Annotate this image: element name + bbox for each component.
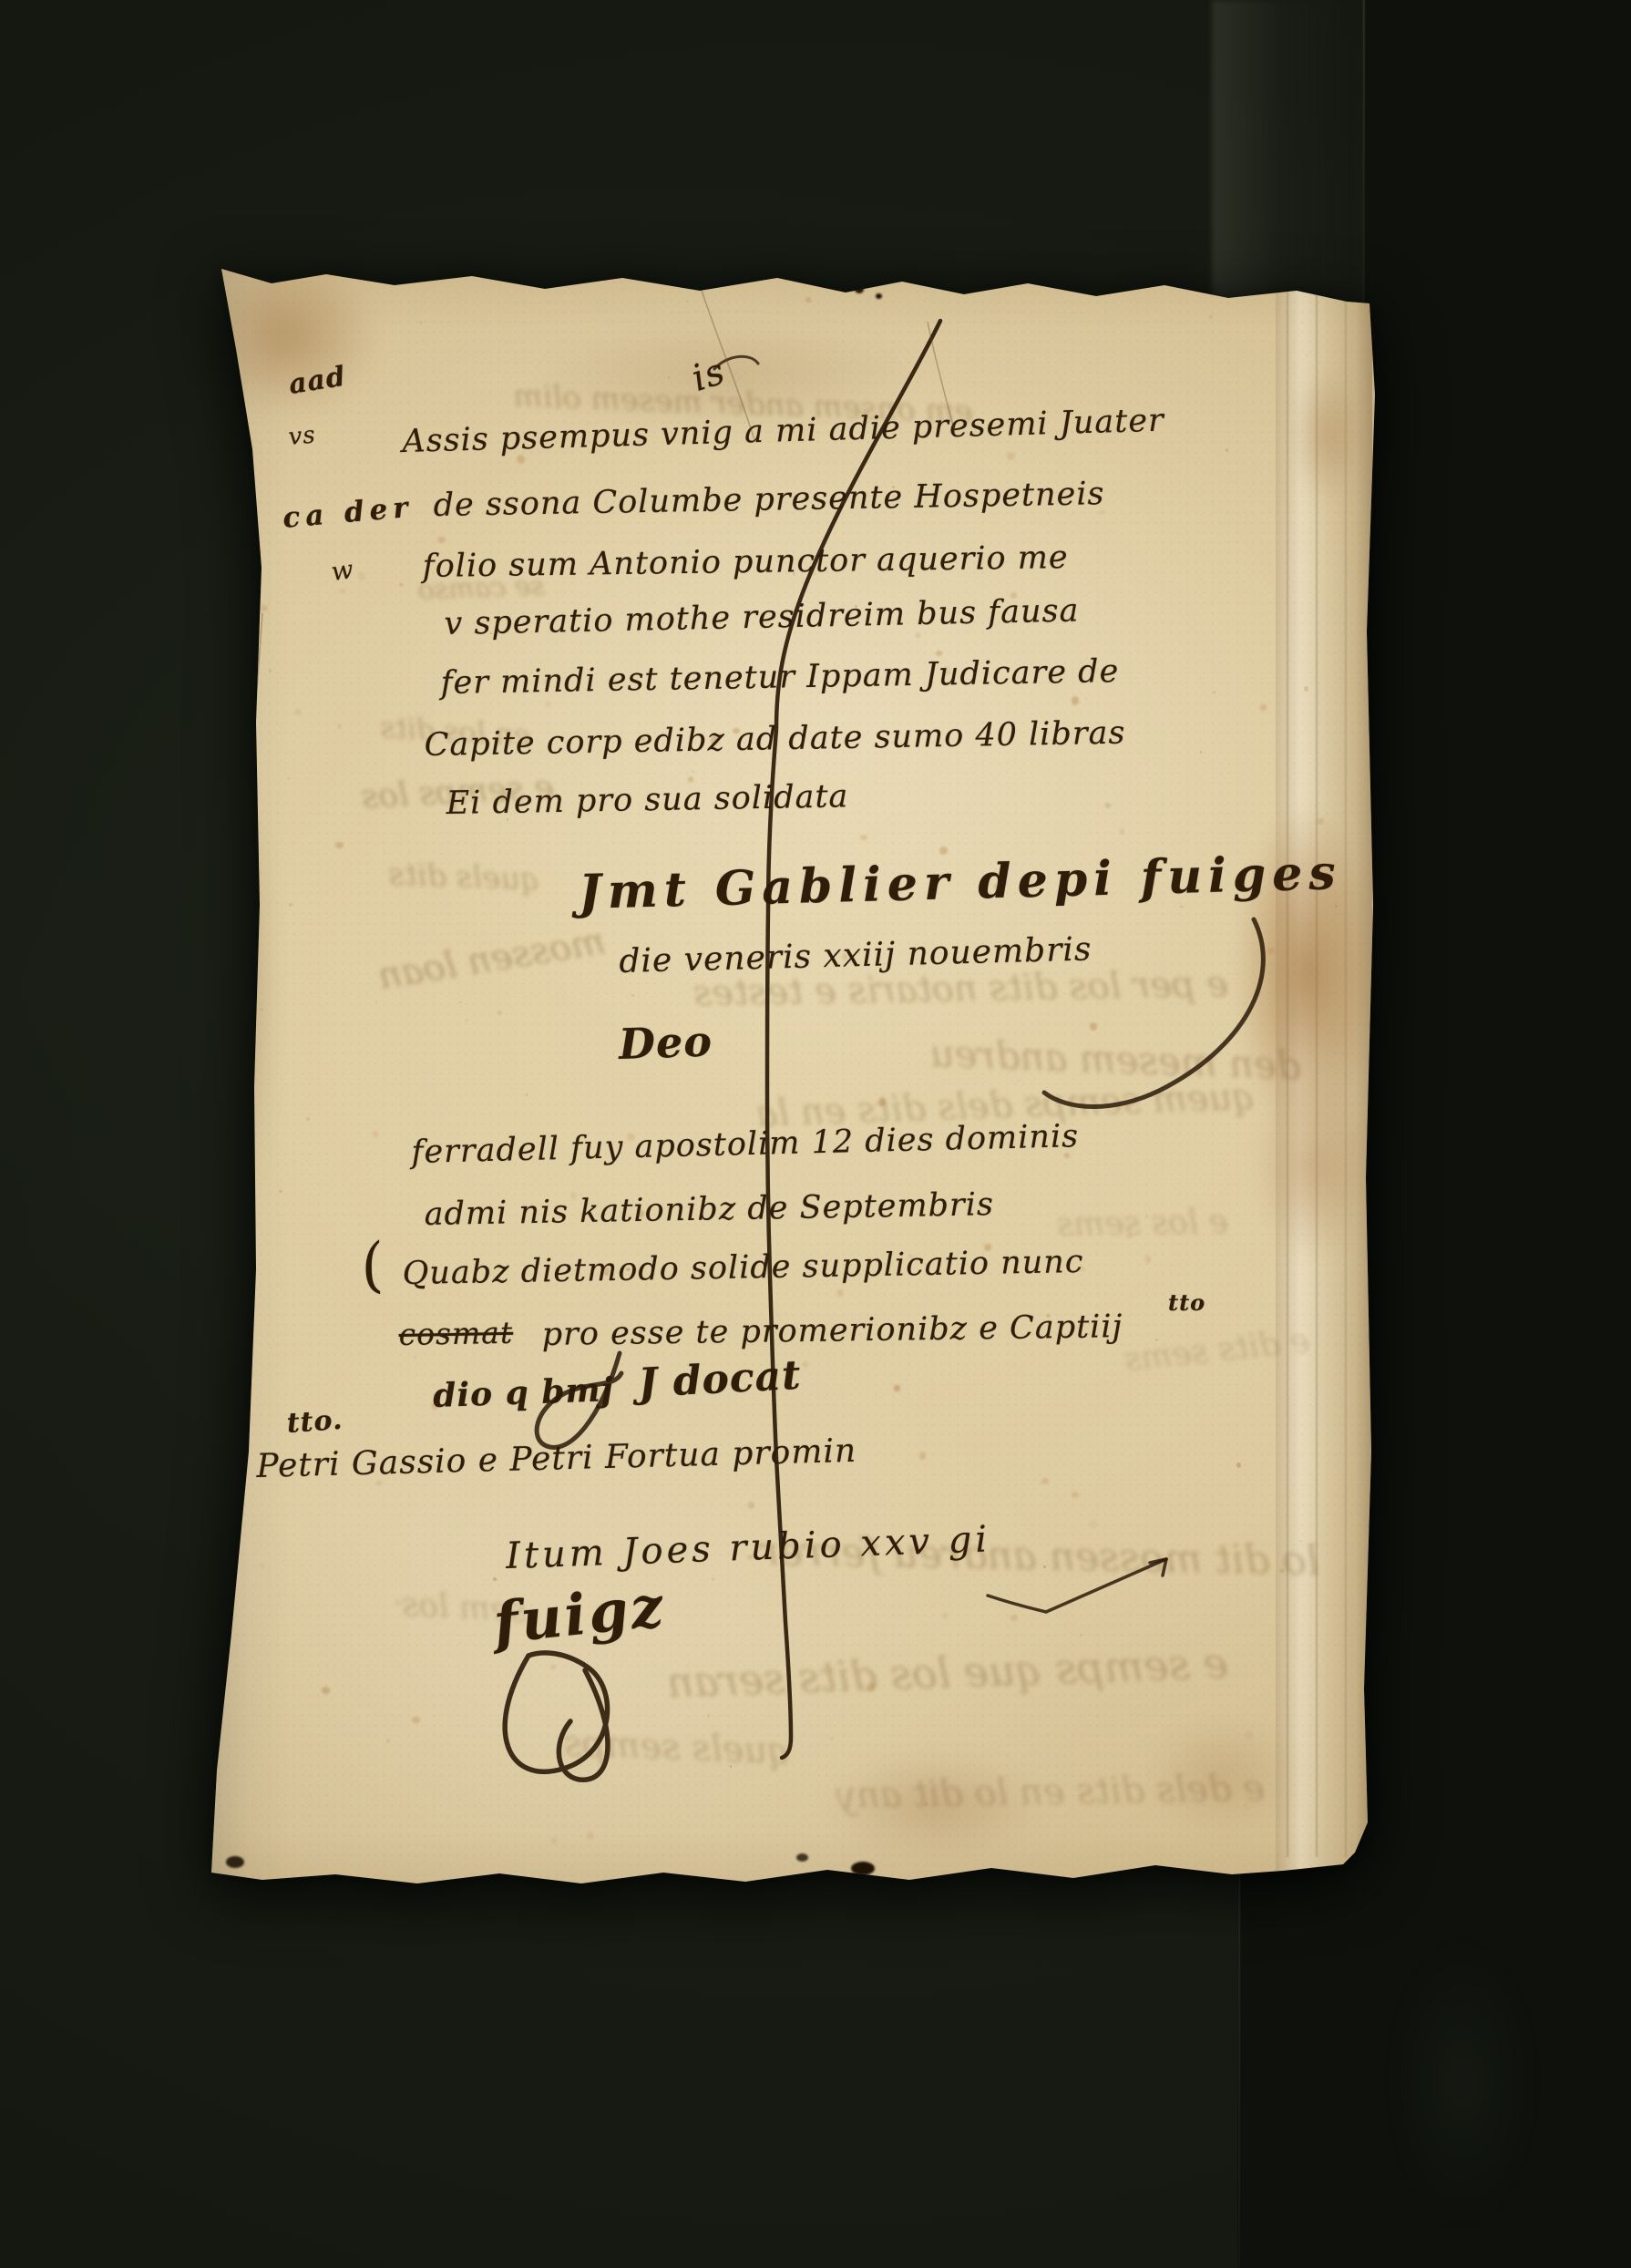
fox-spot (545, 700, 551, 708)
superscript-note: tto (1168, 1289, 1205, 1316)
fox-spot (1171, 1567, 1175, 1570)
fox-spot (837, 1289, 843, 1296)
fox-spot (543, 679, 550, 684)
fox-spot (551, 1837, 558, 1844)
fox-spot (943, 1613, 948, 1618)
fox-spot (252, 1050, 254, 1052)
bleedthrough-line: e los sems (773, 1204, 1229, 1249)
fox-spot (809, 569, 815, 576)
manuscript-line: admi nis kationibz de Septembris (424, 1186, 994, 1233)
fox-spot (306, 1117, 310, 1121)
fox-spot (507, 818, 509, 821)
photograph-of-manuscript: { "document": { "kind": "early-modern no… (0, 0, 1631, 2268)
fox-spot (1299, 1540, 1302, 1543)
crease-line (1345, 267, 1347, 1857)
manuscript-page: em onsem ander mesem olimse camsoen los … (208, 267, 1380, 1886)
fox-spot (1209, 314, 1213, 320)
fox-spot (500, 796, 506, 803)
fox-spot (711, 735, 719, 745)
manuscript-line: de ssona Columbe presente Hospetneis (433, 476, 1104, 524)
fox-spot (925, 1802, 928, 1806)
bleedthrough-line: den mesem andreu (754, 1025, 1301, 1089)
fox-spot (984, 1244, 991, 1252)
fox-spot (748, 1502, 754, 1509)
margin-note: ca der (282, 491, 415, 535)
folio-mark: is (687, 350, 731, 400)
fox-spot (1180, 906, 1184, 908)
stain (827, 1752, 1046, 1862)
cancellation-stroke (767, 321, 940, 1758)
heading-line: Jmt Gablier depi fuiges (578, 845, 1342, 920)
paper-crease-hairline (928, 322, 955, 433)
stain (1236, 805, 1380, 1142)
fox-spot (1200, 751, 1203, 754)
fox-spot (260, 1008, 262, 1011)
bleedthrough-line: e semps que los dits seran (553, 1638, 1228, 1711)
fox-spot (1318, 818, 1324, 825)
fox-spot (894, 1385, 900, 1392)
backdrop-haze (1385, 1932, 1540, 2232)
bleedthrough-line: quem semps dels dits en la (508, 1076, 1256, 1144)
fox-spot (339, 589, 346, 594)
fox-spot (261, 605, 268, 612)
fox-spot (1090, 1022, 1097, 1031)
stain (1256, 1069, 1370, 1260)
fox-spot (399, 583, 403, 587)
paper-sheet: em onsem ander mesem olimse camsoen los … (208, 267, 1380, 1886)
fox-spot (1244, 1803, 1248, 1810)
fox-spot (1041, 1478, 1049, 1484)
fox-spot (1080, 1634, 1082, 1637)
fox-spot (478, 946, 481, 948)
fox-spot (994, 883, 1000, 890)
fox-spot (1145, 1216, 1148, 1218)
fox-spot (1155, 1339, 1158, 1340)
bleedthrough-line: mossen loan (313, 920, 608, 1007)
fox-spot (939, 847, 948, 855)
fox-spot (916, 633, 920, 637)
fox-spot (1304, 686, 1308, 692)
fox-spot (337, 724, 342, 729)
fox-spot (269, 669, 272, 672)
bleedthrough-line: e per los dits notaris e testes (426, 963, 1229, 1019)
fox-spot (944, 666, 950, 674)
ink-dot (876, 293, 882, 299)
ink-blot (851, 1862, 875, 1875)
fox-spot (688, 776, 693, 783)
fox-spot (1090, 1520, 1097, 1529)
bleedthrough-line: quels dits (303, 853, 540, 898)
fox-spot (282, 1560, 284, 1563)
fox-spot (1072, 1492, 1079, 1499)
stain (536, 322, 918, 431)
fox-spot (842, 953, 848, 960)
fox-spot (437, 537, 446, 543)
fox-spot (878, 1098, 886, 1106)
fox-spot (466, 1019, 468, 1021)
stain (1290, 367, 1363, 504)
fox-spot (1267, 948, 1275, 955)
ink-flourish-overlay (208, 267, 1380, 1886)
fox-spot (1064, 1153, 1070, 1158)
paper-crease-hairline (700, 285, 754, 440)
fox-spot (626, 1267, 631, 1271)
fox-spot (260, 1564, 265, 1568)
fox-spot (550, 1665, 555, 1669)
margin-note: vs (287, 421, 317, 451)
manuscript-line: Assis psempus vnig a mi adie presemi Jua… (402, 403, 1164, 460)
fox-spot (587, 1832, 594, 1839)
fox-spot (637, 1210, 645, 1216)
fox-spot (244, 1292, 251, 1298)
bleedthrough-line: em onsem ander mesem olim (389, 374, 973, 430)
manuscript-line: Quabz dietmodo solide supplicatio nunc (402, 1244, 1083, 1292)
fox-spot (1100, 510, 1104, 514)
fox-spot (747, 1555, 754, 1560)
bleedthrough-line: e dels dits en lo dit any (718, 1768, 1266, 1819)
fox-spot (803, 1361, 808, 1368)
notary-signature: fuigz (490, 1573, 668, 1657)
struck-word: cosmat (398, 1315, 513, 1352)
fox-spot (419, 321, 422, 324)
fox-spot (358, 572, 365, 580)
fox-spot (1010, 1615, 1018, 1620)
margin-note: w (329, 554, 355, 587)
fox-spot (1007, 452, 1015, 460)
manuscript-line: Ei dem pro sua solidata (446, 778, 848, 822)
margin-note: aad (287, 361, 349, 401)
fox-spot (517, 455, 524, 464)
fox-spot (1246, 1730, 1254, 1739)
fox-spot (1046, 1314, 1051, 1318)
fox-spot (1335, 905, 1337, 908)
heading-descender-flourish (1044, 919, 1263, 1107)
bleedthrough-line: en los dits (293, 705, 532, 753)
fox-spot (707, 1714, 710, 1718)
fox-spot (239, 1497, 244, 1502)
item-line: Itum Joes rubio xxv gi (505, 1518, 990, 1577)
fox-spot (376, 1481, 382, 1484)
fox-spot (246, 803, 251, 807)
invocation-word: Deo (618, 1016, 713, 1069)
fox-spot (631, 994, 634, 998)
bleedthrough-line: sem los (289, 1580, 528, 1630)
fox-spot (922, 564, 926, 568)
fox-spot (1105, 803, 1111, 809)
crease-line (1316, 267, 1318, 1857)
backing-board-seam-bottom (1238, 1868, 1240, 2268)
paper-crease-hairline (244, 613, 262, 905)
ink-blot (796, 1853, 808, 1862)
bleedthrough-line: e dits sems (963, 1322, 1311, 1395)
fox-spot (730, 1765, 732, 1768)
fox-spot (1145, 1256, 1151, 1263)
manuscript-line: Capite corp edibz ad date sumo 40 libras (424, 715, 1125, 764)
fox-spot (1010, 592, 1017, 599)
fox-spot (1072, 696, 1079, 705)
witness-line: Petri Gassio e Petri Fortua promin (256, 1432, 857, 1485)
fox-spot (1126, 1234, 1132, 1238)
bleedthrough-line: lo dit mossen andreu ferrer (590, 1525, 1320, 1585)
fox-spot (692, 770, 693, 772)
fox-spot (627, 1134, 635, 1142)
manuscript-line: pro esse te promerionibz e Captiij (541, 1308, 1123, 1353)
fox-spot (860, 835, 867, 840)
fox-spot (289, 903, 293, 906)
fox-spot (1084, 1386, 1086, 1388)
ink-dot (855, 285, 864, 293)
manuscript-line: v speratio mothe residreim bus fausa (444, 592, 1080, 642)
fox-spot (1079, 1267, 1083, 1271)
stain (190, 254, 381, 418)
margin-note: tto. (286, 1404, 344, 1440)
date-line: die veneris xxiij nouembris (619, 930, 1092, 980)
fox-spot (892, 486, 895, 488)
item-swash (988, 1559, 1166, 1612)
fox-spot (373, 1131, 378, 1137)
fox-spot (526, 1093, 528, 1095)
bleedthrough-line: quels semps (353, 1716, 791, 1773)
fox-spot (395, 1600, 401, 1606)
fox-spot (1306, 354, 1308, 356)
fox-spot (1279, 1569, 1285, 1574)
fox-spot (295, 709, 301, 714)
fox-spot (1017, 1080, 1019, 1082)
fox-spot (1085, 698, 1087, 700)
fox-spot (490, 632, 493, 634)
fox-spot (270, 1348, 272, 1350)
fold-crease-band (1276, 267, 1372, 1871)
fox-spot (805, 297, 811, 303)
fox-spot (712, 1577, 714, 1581)
fox-spot (919, 1452, 926, 1460)
fox-spot (793, 572, 795, 576)
stain (1146, 1718, 1301, 1836)
fox-spot (493, 1577, 497, 1581)
crease-line (1287, 267, 1288, 1857)
flourish-initial: ( (354, 1231, 392, 1302)
fox-spot (733, 728, 740, 734)
fox-spot (412, 1717, 419, 1723)
fox-spot (908, 1255, 914, 1260)
fox-spot (414, 1356, 416, 1358)
fox-spot (375, 1001, 377, 1003)
fox-spot (1043, 1565, 1045, 1568)
fox-spot (640, 735, 646, 742)
fox-spot (1119, 828, 1124, 835)
bleedthrough-line: e semps los (298, 769, 555, 820)
fox-spot (830, 1737, 834, 1740)
swash-arrowhead (1150, 1559, 1166, 1575)
fox-spot (287, 777, 291, 781)
folio-mark-curl (714, 356, 758, 369)
fox-spot (570, 1192, 577, 1200)
stain (210, 777, 273, 1206)
fox-spot (1213, 691, 1215, 693)
fox-spot (936, 651, 942, 656)
fox-spot (686, 301, 688, 303)
manuscript-line: ferradell fuy apostolim 12 dies dominis (411, 1118, 1080, 1171)
fox-spot (498, 1011, 502, 1014)
fox-spot (322, 1687, 330, 1693)
fox-spot (1236, 1462, 1241, 1468)
fox-spot (668, 376, 671, 379)
manuscript-line: dio q bmj (433, 1370, 615, 1415)
fox-spot (459, 1001, 462, 1003)
fox-spot (855, 605, 857, 609)
flourish-word: J docat (637, 1352, 802, 1407)
bleedthrough-line: se camso (271, 570, 545, 611)
fox-spot (335, 842, 344, 849)
ink-blot (226, 1856, 244, 1868)
fox-spot (603, 1267, 610, 1276)
signature-loop-flourish (505, 1653, 608, 1780)
fox-spot (867, 1682, 875, 1690)
fox-spot (1260, 704, 1267, 711)
fox-spot (431, 1402, 438, 1410)
fox-spot (386, 1739, 389, 1742)
manuscript-line: folio sum Antonio punctor aquerio me (422, 539, 1068, 585)
fox-spot (997, 1100, 1000, 1102)
docat-loop-flourish (537, 1353, 621, 1447)
fox-spot (920, 960, 926, 967)
fox-spot (279, 1190, 282, 1193)
fox-spot (1226, 448, 1228, 451)
manuscript-line: fer mindi est tenetur Ippam Judicare de (440, 653, 1119, 702)
